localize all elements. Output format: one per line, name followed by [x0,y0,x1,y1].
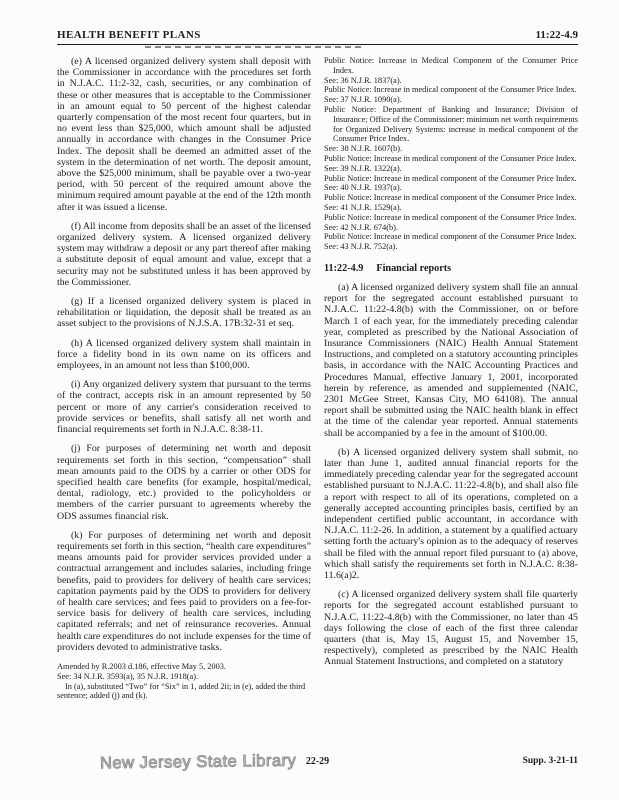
two-column-body: (e) A licensed organized delivery system… [57,56,578,701]
notice-see-reference: See: 41 N.J.R. 1529(a). [324,203,578,213]
supplement-date: Supp. 3-21-11 [523,756,578,766]
paragraph-h: (h) A licensed organized delivery system… [57,338,311,372]
notice-see-reference: See: 42 N.J.R. 674(b). [324,223,578,233]
notice-see-reference: See: 38 N.J.R. 1607(b). [324,144,578,154]
notice-see-reference: See: 39 N.J.R. 1322(a). [324,164,578,174]
public-notice: Public Notice: Department of Banking and… [324,105,578,144]
notice-see-reference: See: 37 N.J.R. 1090(a). [324,95,578,105]
public-notices: Public Notice: Increase in Medical Compo… [324,56,578,252]
paragraph-c: (c) A licensed organized delivery system… [324,589,578,667]
notice-see-reference: See: 43 N.J.R. 752(a). [324,242,578,252]
scanned-document-page: HEALTH BENEFIT PLANS 11:22-4.9 (e) A lic… [0,0,619,800]
public-notice: Public Notice: Increase in medical compo… [324,193,578,203]
paragraph-e: (e) A licensed organized delivery system… [57,56,311,213]
public-notice: Public Notice: Increase in medical compo… [324,213,578,223]
paragraph-f: (f) All income from deposits shall be an… [57,221,311,288]
notice-see-reference: See: 36 N.J.R. 1837(a). [324,76,578,86]
public-notice: Public Notice: Increase in medical compo… [324,85,578,95]
public-notice: Public Notice: Increase in medical compo… [324,232,578,242]
public-notice: Public Notice: Increase in Medical Compo… [324,56,578,76]
history-changes-line: In (a), substituted “Two” for “Six” in 1… [57,682,311,702]
page-number: 22-29 [57,756,578,767]
scan-artifact-line [145,46,361,48]
paragraph-j: (j) For purposes of determining net wort… [57,443,311,521]
paragraph-k: (k) For purposes of determining net wort… [57,530,311,653]
page-footer: New Jersey State Library 22-29 Supp. 3-2… [0,750,619,780]
paragraph-i: (i) Any organized delivery system that p… [57,379,311,435]
section-heading-title: Financial reports [376,263,451,274]
section-heading: 11:22-4.9Financial reports [324,263,578,274]
section-number-header: 11:22-4.9 [536,29,578,41]
history-see-line: See: 34 N.J.R. 3593(a), 35 N.J.R. 1918(a… [57,672,311,682]
running-title: HEALTH BENEFIT PLANS [57,29,201,41]
section-heading-number: 11:22-4.9 [324,263,363,274]
public-notice: Public Notice: Increase in medical compo… [324,154,578,164]
public-notice: Public Notice: Increase in medical compo… [324,174,578,184]
left-column: (e) A licensed organized delivery system… [57,56,311,701]
paragraph-a: (a) A licensed organized delivery system… [324,282,578,439]
right-column: Public Notice: Increase in Medical Compo… [324,56,578,701]
history-amended-line: Amended by R.2003 d.186, effective May 5… [57,662,311,672]
paragraph-g: (g) If a licensed organized delivery sys… [57,296,311,330]
page-header: HEALTH BENEFIT PLANS 11:22-4.9 [57,29,578,45]
amendment-history: Amended by R.2003 d.186, effective May 5… [57,662,311,701]
paragraph-b: (b) A licensed organized delivery system… [324,447,578,581]
notice-see-reference: See: 40 N.J.R. 1937(a). [324,183,578,193]
